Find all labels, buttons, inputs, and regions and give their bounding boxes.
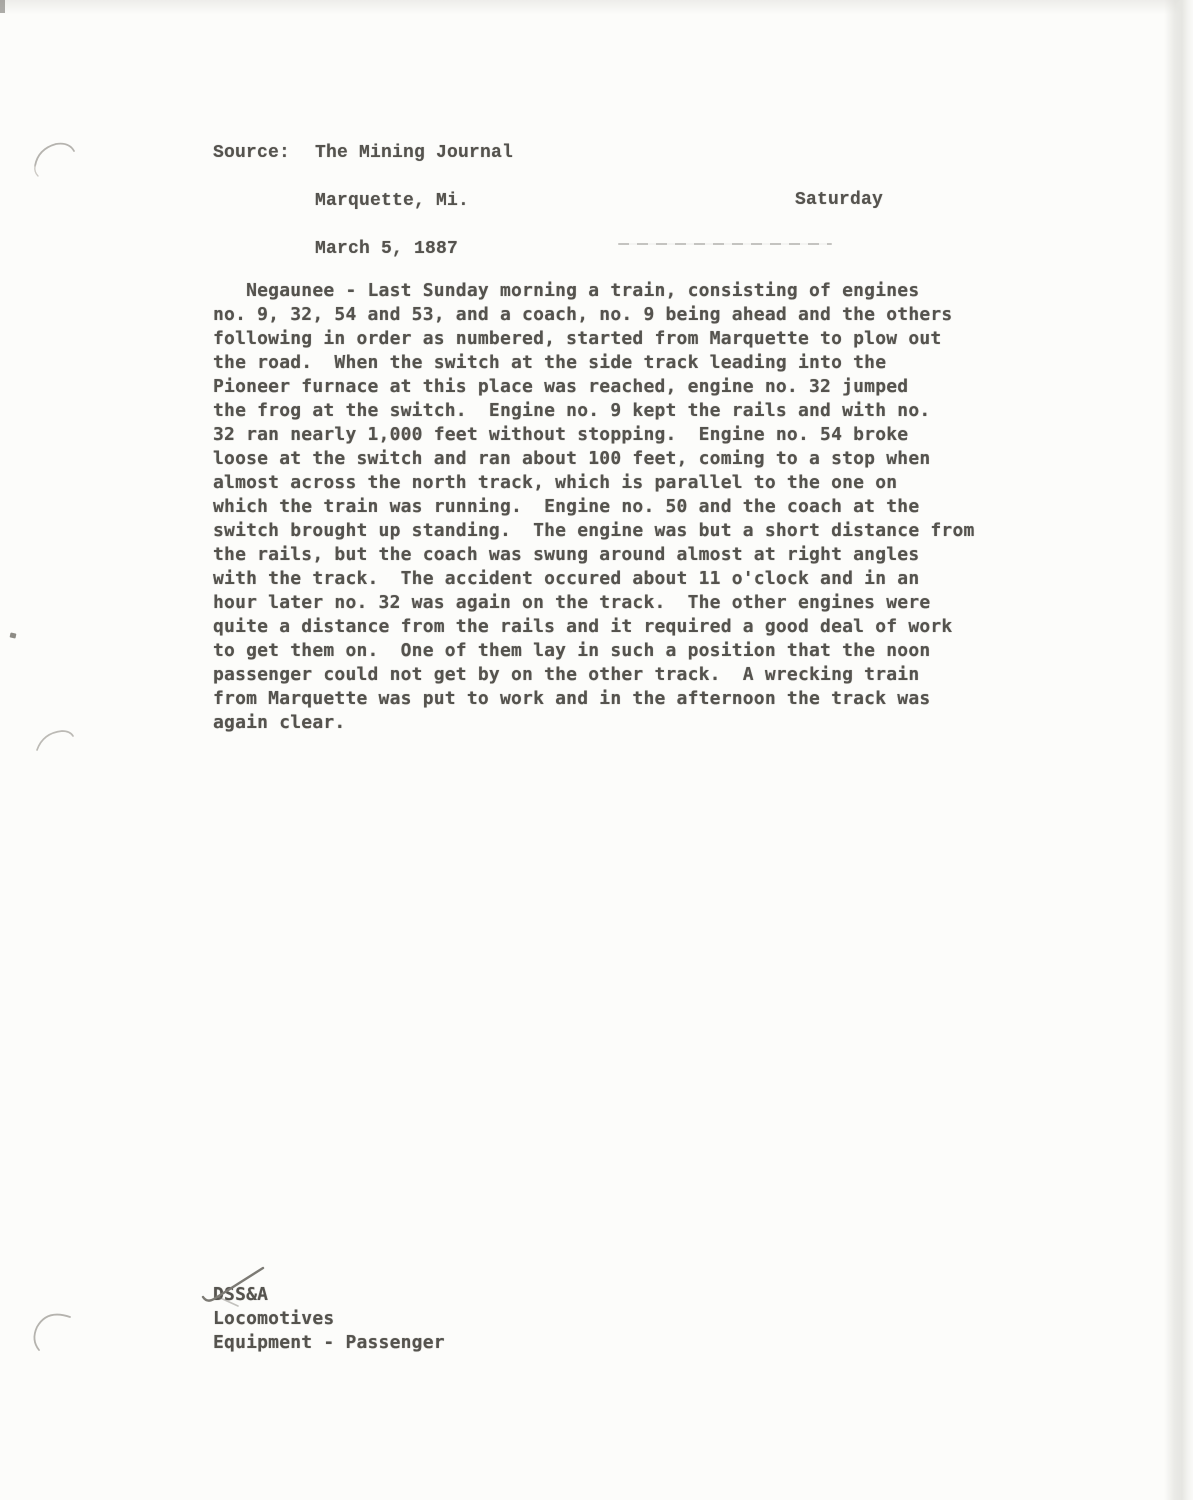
- paper-curl-mark-bottom: [34, 1315, 70, 1350]
- paper-curl-mark-top-inner: [35, 166, 38, 176]
- article-body: Negaunee - Last Sunday morning a train, …: [213, 279, 1013, 735]
- scan-edge-mottle: [0, 0, 1193, 14]
- source-location: Marquette, Mi.: [315, 191, 469, 211]
- source-publication: The Mining Journal: [315, 143, 513, 163]
- source-label: Source:: [213, 141, 290, 165]
- source-date: March 5, 1887: [315, 239, 458, 259]
- pencil-smudge-line: [618, 243, 832, 245]
- paper-curl-mark-top: [35, 144, 74, 166]
- hand-marks-overlay: [0, 0, 1193, 1500]
- index-annotations: DSS&A Locomotives Equipment - Passenger: [213, 1283, 445, 1355]
- page-edge-shadow: [1164, 0, 1193, 1500]
- source-day-of-week: Saturday: [795, 188, 883, 212]
- source-details: The Mining Journal Marquette, Mi. March …: [315, 141, 513, 261]
- paper-curl-mark-middle: [37, 731, 73, 750]
- scan-corner-speck: [0, 0, 5, 13]
- ink-speck: [10, 632, 17, 638]
- scanned-document-page: Source: The Mining Journal Marquette, Mi…: [0, 0, 1193, 1500]
